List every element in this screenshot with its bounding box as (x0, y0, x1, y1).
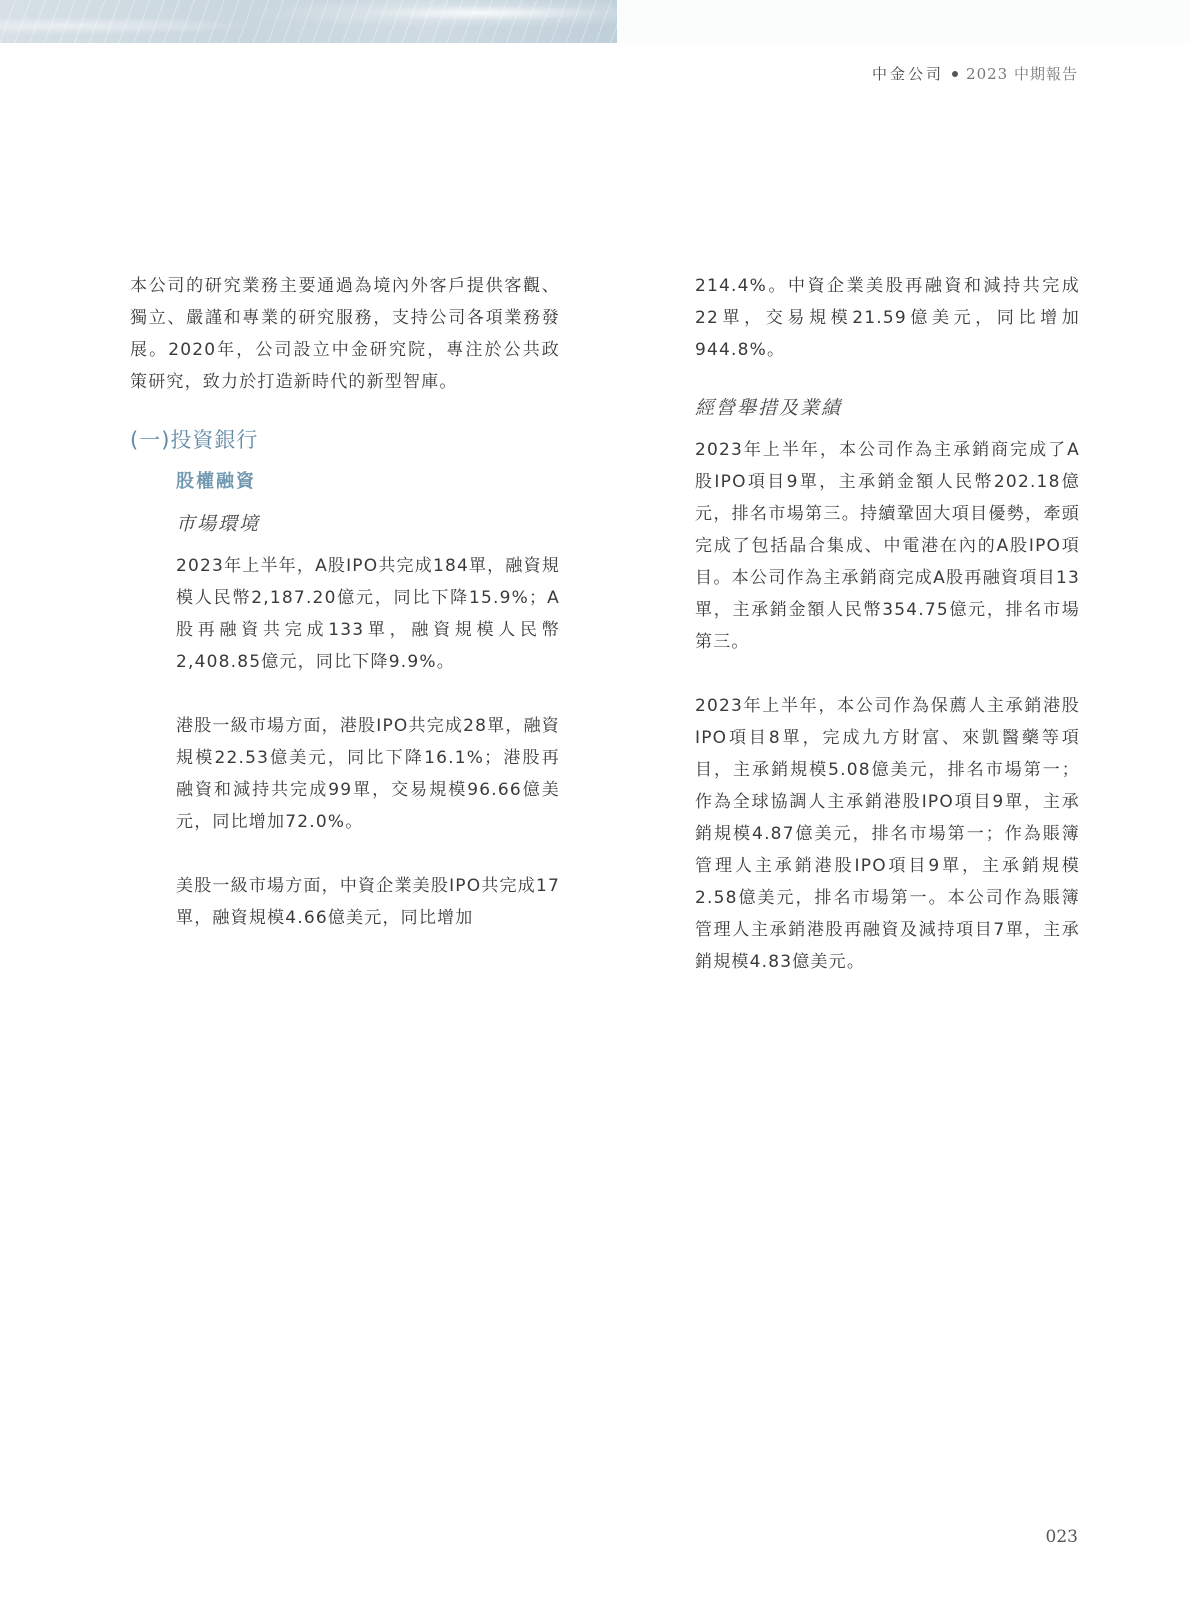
subsection-heading: 股權融資 (176, 466, 560, 498)
paragraph-hk-share: 港股一級市場方面，港股IPO共完成28單，融資規模22.53億美元，同比下降16… (176, 710, 560, 838)
report-title: 2023 中期報告 (966, 63, 1078, 84)
right-column: 214.4%。中資企業美股再融資和減持共完成22單，交易規模21.59億美元，同… (695, 270, 1080, 978)
page-number: 023 (1046, 1527, 1078, 1547)
italic-heading-operations: 經營舉措及業績 (695, 392, 1080, 424)
paragraph-a-share-performance: 2023年上半年，本公司作為主承銷商完成了A股IPO項目9單，主承銷金額人民幣2… (695, 434, 1080, 658)
intro-paragraph: 本公司的研究業務主要通過為境內外客戶提供客觀、獨立、嚴謹和專業的研究服務，支持公… (130, 270, 560, 398)
running-header: 中金公司 2023 中期報告 (872, 63, 1078, 84)
left-column: 本公司的研究業務主要通過為境內外客戶提供客觀、獨立、嚴謹和專業的研究服務，支持公… (130, 270, 560, 934)
bullet-separator-icon (952, 71, 958, 77)
company-name: 中金公司 (872, 63, 944, 84)
paragraph-hk-performance: 2023年上半年，本公司作為保薦人主承銷港股IPO項目8單，完成九方財富、來凱醫… (695, 690, 1080, 978)
header-banner-image (0, 0, 617, 43)
continued-paragraph: 214.4%。中資企業美股再融資和減持共完成22單，交易規模21.59億美元，同… (695, 270, 1080, 366)
italic-heading-market: 市場環境 (176, 508, 560, 540)
header-banner-strip (617, 0, 1190, 43)
section-heading: (一)投資銀行 (130, 424, 560, 456)
paragraph-a-share: 2023年上半年，A股IPO共完成184單，融資規模人民幣2,187.20億元，… (176, 550, 560, 678)
paragraph-us-share: 美股一級市場方面，中資企業美股IPO共完成17單，融資規模4.66億美元，同比增… (176, 870, 560, 934)
